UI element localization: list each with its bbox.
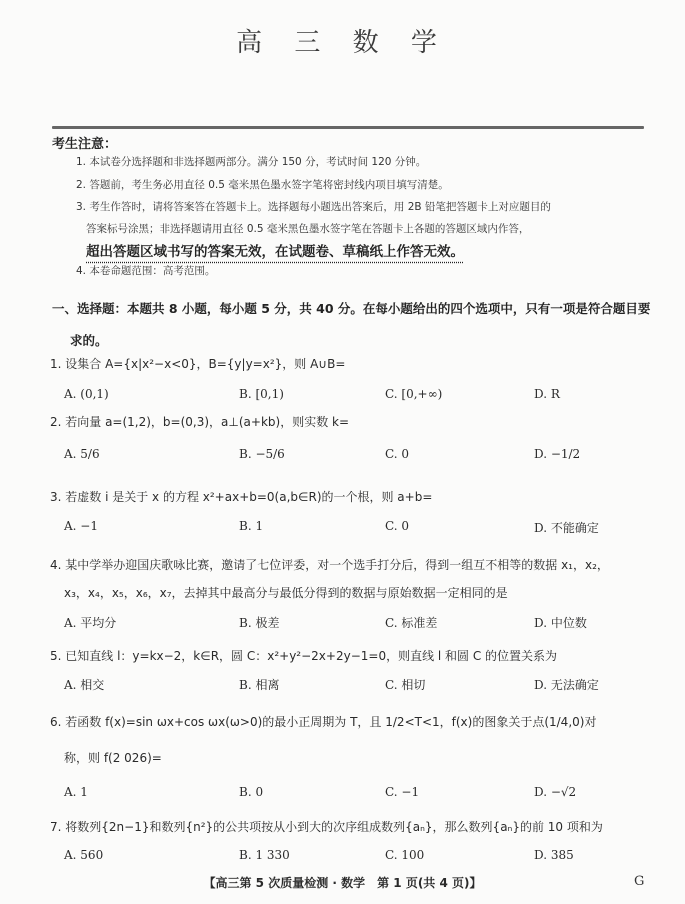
option-b: B. [0,1) [239,387,284,401]
question-2-options: A. 5/6 B. −5/6 C. 0 D. −1/2 [64,447,644,467]
question-3-options: A. −1 B. 1 C. 0 D. 不能确定 [64,519,644,539]
page-title: 高 三 数 学 [0,22,685,59]
page-footer: 【高三第 5 次质量检测 · 数学 第 1 页(共 4 页)】 [0,874,685,891]
section-heading: 一、选择题：本题共 8 小题，每小题 5 分，共 40 分。在每小题给出的四个选… [52,299,650,317]
option-a: A. 平均分 [64,614,116,631]
notice-item-3-emphasis: 超出答题区域书写的答案无效，在试题卷、草稿纸上作答无效。 [86,240,464,260]
option-b: B. −5/6 [239,447,285,461]
question-7-stem: 7. 将数列{2n−1}和数列{n²}的公共项按从小到大的次序组成数列{aₙ}，… [50,818,603,835]
notice-item-1: 1. 本试卷分选择题和非选择题两部分。满分 150 分，考试时间 120 分钟。 [76,154,426,169]
option-a: A. 560 [64,848,103,862]
option-b: B. 1 [239,519,263,533]
paper-code: G [634,874,644,889]
option-c: C. [0,+∞) [385,387,442,401]
option-d: D. −√2 [534,785,576,799]
question-1-stem: 1. 设集合 A={x|x²−x<0}，B={y|y=x²}，则 A∪B= [50,355,345,372]
option-c: C. 0 [385,447,409,461]
option-a: A. (0,1) [64,387,109,401]
notice-item-2: 2. 答题前，考生务必用直径 0.5 毫米黑色墨水签字笔将密封线内项目填写清楚。 [76,177,449,192]
option-d: D. 不能确定 [534,519,599,536]
question-6-options: A. 1 B. 0 C. −1 D. −√2 [64,785,644,805]
notice-heading: 考生注意： [52,133,117,152]
option-d: D. 385 [534,848,574,862]
option-a: A. 5/6 [64,447,100,461]
option-c: C. 0 [385,519,409,533]
question-4-stem-cont: x₃，x₄，x₅，x₆，x₇，去掉其中最高分与最低分得到的数据与原始数据一定相同… [64,584,508,601]
question-5-options: A. 相交 B. 相离 C. 相切 D. 无法确定 [64,676,644,696]
question-5-stem: 5. 已知直线 l：y=kx−2，k∈R，圆 C：x²+y²−2x+2y−1=0… [50,647,557,664]
option-b: B. 1 330 [239,848,290,862]
notice-item-3: 3. 考生作答时，请将答案答在答题卡上。选择题每小题选出答案后，用 2B 铅笔把… [76,199,551,214]
header-divider [52,126,644,129]
option-c: C. 标准差 [385,614,437,631]
option-b: B. 相离 [239,676,279,693]
option-d: D. R [534,387,560,401]
option-c: C. 相切 [385,676,425,693]
question-6-stem: 6. 若函数 f(x)=sin ωx+cos ωx(ω>0)的最小正周期为 T，… [50,713,596,730]
question-7-options: A. 560 B. 1 330 C. 100 D. 385 [64,848,644,868]
option-d: D. 无法确定 [534,676,599,693]
option-a: A. −1 [64,519,98,533]
option-a: A. 1 [64,785,88,799]
section-heading-cont: 求的。 [70,331,108,349]
option-d: D. 中位数 [534,614,587,631]
question-3-stem: 3. 若虚数 i 是关于 x 的方程 x²+ax+b=0(a,b∈R)的一个根，… [50,488,432,505]
question-2-stem: 2. 若向量 a=(1,2)，b=(0,3)，a⊥(a+kb)，则实数 k= [50,413,349,430]
question-6-stem-cont: 称，则 f(2 026)= [64,749,162,766]
option-c: C. −1 [385,785,419,799]
question-1-options: A. (0,1) B. [0,1) C. [0,+∞) D. R [64,387,644,407]
notice-item-3-cont: 答案标号涂黑；非选择题请用直径 0.5 毫米黑色墨水签字笔在答题卡上各题的答题区… [86,221,529,236]
question-4-stem: 4. 某中学举办迎国庆歌咏比赛，邀请了七位评委，对一个选手打分后，得到一组互不相… [50,556,609,573]
question-4-options: A. 平均分 B. 极差 C. 标准差 D. 中位数 [64,614,644,634]
option-a: A. 相交 [64,676,104,693]
option-b: B. 0 [239,785,263,799]
option-d: D. −1/2 [534,447,580,461]
notice-item-4: 4. 本卷命题范围：高考范围。 [76,263,215,278]
option-c: C. 100 [385,848,424,862]
option-b: B. 极差 [239,614,279,631]
